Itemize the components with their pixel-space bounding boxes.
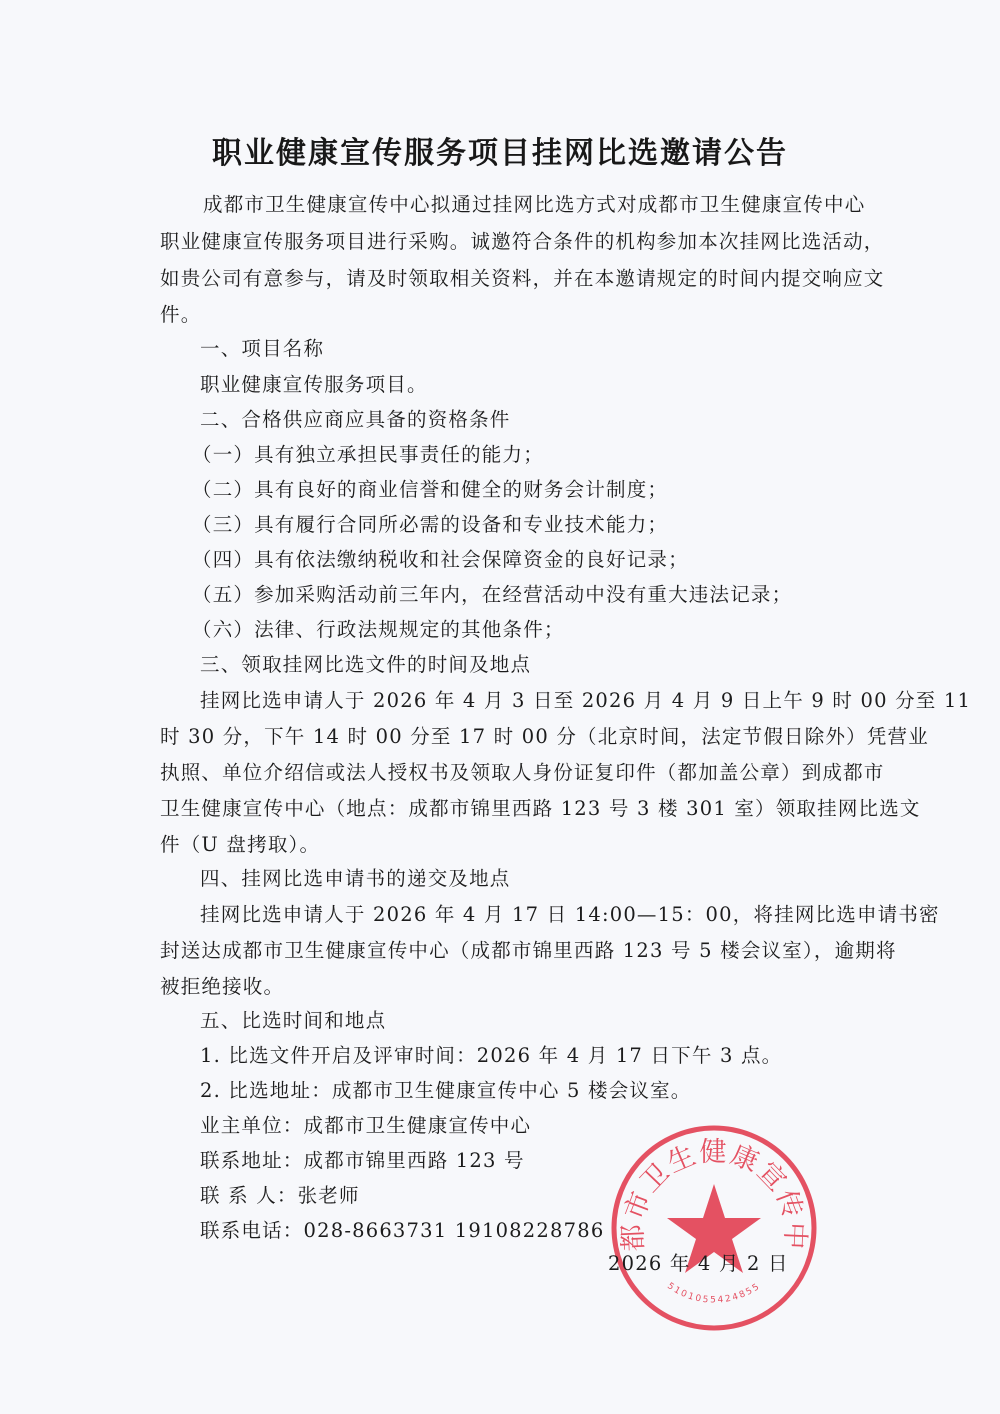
evaluation-item: 1. 比选文件开启及评审时间：2026 年 4 月 17 日下午 3 点。 [200,1043,782,1069]
intro-line: 职业健康宣传服务项目进行采购。诚邀符合条件的机构参加本次挂网比选活动， [160,229,885,255]
contact-phone: 联系电话：028-8663731 19108228786 [200,1218,604,1244]
section-body-line: 挂网比选申请人于 2026 年 4 月 17 日 14:00—15：00，将挂网… [200,902,940,928]
section-body: 职业健康宣传服务项目。 [200,372,428,398]
qualification-item: （四）具有依法缴纳税收和社会保障资金的良好记录； [192,547,689,573]
owner-unit: 业主单位：成都市卫生健康宣传中心 [200,1113,531,1139]
section-body-line: 时 30 分，下午 14 时 00 分至 17 时 00 分（北京时间，法定节假… [160,724,929,750]
qualification-item: （五）参加采购活动前三年内，在经营活动中没有重大违法记录； [192,582,792,608]
document-page: 职业健康宣传服务项目挂网比选邀请公告 成都市卫生健康宣传中心拟通过挂网比选方式对… [0,0,1000,1414]
seal-serial: 5101055424855 [665,1281,763,1305]
section-body-line: 卫生健康宣传中心（地点：成都市锦里西路 123 号 3 楼 301 室）领取挂网… [160,796,921,822]
document-date: 2026 年 4 月 2 日 [608,1251,789,1277]
section-heading: 一、项目名称 [200,336,324,362]
contact-address: 联系地址：成都市锦里西路 123 号 [200,1148,525,1174]
qualification-item: （一）具有独立承担民事责任的能力； [192,442,544,468]
section-heading: 三、领取挂网比选文件的时间及地点 [200,652,531,678]
section-body-line: 件（U 盘拷取）。 [160,832,320,858]
section-heading: 四、挂网比选申请书的递交及地点 [200,866,511,892]
qualification-item: （六）法律、行政法规规定的其他条件； [192,617,565,643]
intro-line: 成都市卫生健康宣传中心拟通过挂网比选方式对成都市卫生健康宣传中心 [203,192,865,218]
svg-text:5101055424855: 5101055424855 [665,1281,763,1305]
section-heading: 二、合格供应商应具备的资格条件 [200,407,511,433]
section-body-line: 挂网比选申请人于 2026 年 4 月 3 日至 2026 月 4 月 9 日上… [200,688,971,714]
section-body-line: 封送达成都市卫生健康宣传中心（成都市锦里西路 123 号 5 楼会议室），逾期将 [160,938,897,964]
evaluation-item: 2. 比选地址：成都市卫生健康宣传中心 5 楼会议室。 [200,1078,692,1104]
section-heading: 五、比选时间和地点 [200,1008,386,1034]
document-title: 职业健康宣传服务项目挂网比选邀请公告 [0,128,1000,172]
intro-line: 如贵公司有意参与，请及时领取相关资料，并在本邀请规定的时间内提交响应文 [160,266,885,292]
official-seal-icon: 成都市卫生健康宣传中心 5101055424855 [608,1122,820,1334]
qualification-item: （三）具有履行合同所必需的设备和专业技术能力； [192,512,668,538]
contact-person: 联 系 人：张老师 [200,1183,360,1209]
qualification-item: （二）具有良好的商业信誉和健全的财务会计制度； [192,477,668,503]
section-body-line: 被拒绝接收。 [160,974,284,1000]
section-body-line: 执照、单位介绍信或法人授权书及领取人身份证复印件（都加盖公章）到成都市 [160,760,885,786]
intro-line: 件。 [160,302,201,328]
